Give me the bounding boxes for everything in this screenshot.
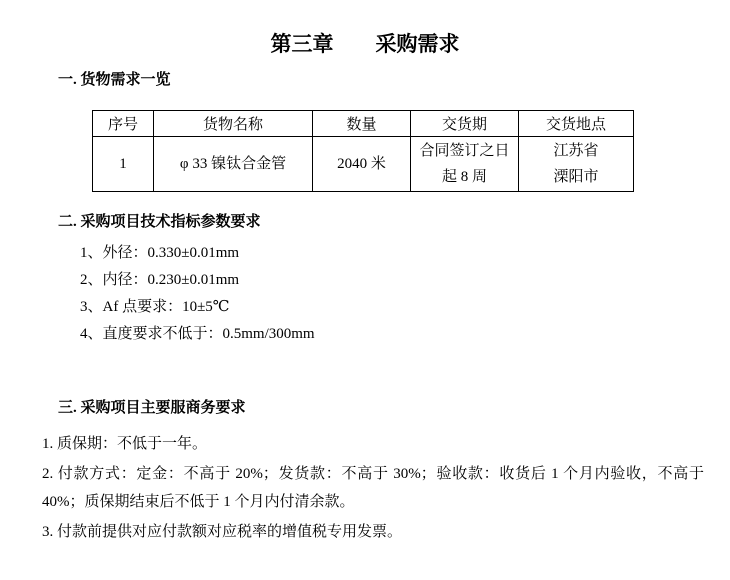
tech-spec-straightness: 4、直度要求不低于：0.5mm/300mm	[80, 321, 730, 348]
business-term-invoice: 3. 付款前提供对应付款额对应税率的增值税专用发票。	[42, 518, 704, 546]
col-header-delivery-time: 交货期	[411, 111, 519, 137]
cell-quantity: 2040 米	[313, 137, 411, 192]
goods-table-row: 1 φ 33 镍钛合金管 2040 米 合同签订之日 起 8 周 江苏省 溧阳市	[93, 137, 634, 192]
document-page: 第三章 采购需求 一. 货物需求一览 序号 货物名称 数量 交货期 交货地点 1…	[0, 0, 730, 580]
section-goods-heading: 一. 货物需求一览	[58, 70, 730, 90]
business-terms-list: 1. 质保期：不低于一年。 2. 付款方式：定金：不高于 20%；发货款：不高于…	[0, 430, 730, 546]
business-term-payment: 2. 付款方式：定金：不高于 20%；发货款：不高于 30%；验收款：收货后 1…	[42, 460, 704, 516]
cell-delivery-place: 江苏省 溧阳市	[519, 137, 634, 192]
tech-spec-list: 1、外径：0.330±0.01mm 2、内径：0.230±0.01mm 3、Af…	[0, 240, 730, 348]
section-tech-heading: 二. 采购项目技术指标参数要求	[58, 212, 730, 232]
col-header-delivery-place: 交货地点	[519, 111, 634, 137]
cell-delivery-time: 合同签订之日 起 8 周	[411, 137, 519, 192]
col-header-goods-name: 货物名称	[154, 111, 313, 137]
goods-table: 序号 货物名称 数量 交货期 交货地点 1 φ 33 镍钛合金管 2040 米 …	[92, 110, 634, 192]
cell-serial-no: 1	[93, 137, 154, 192]
goods-table-header-row: 序号 货物名称 数量 交货期 交货地点	[93, 111, 634, 137]
cell-goods-name: φ 33 镍钛合金管	[154, 137, 313, 192]
tech-spec-inner-diameter: 2、内径：0.230±0.01mm	[80, 267, 730, 294]
tech-spec-outer-diameter: 1、外径：0.330±0.01mm	[80, 240, 730, 267]
col-header-quantity: 数量	[313, 111, 411, 137]
col-header-serial-no: 序号	[93, 111, 154, 137]
chapter-title: 第三章 采购需求	[0, 0, 730, 58]
business-term-warranty: 1. 质保期：不低于一年。	[42, 430, 704, 458]
tech-spec-af-point: 3、Af 点要求：10±5℃	[80, 294, 730, 321]
section-business-heading: 三. 采购项目主要服商务要求	[58, 398, 730, 418]
